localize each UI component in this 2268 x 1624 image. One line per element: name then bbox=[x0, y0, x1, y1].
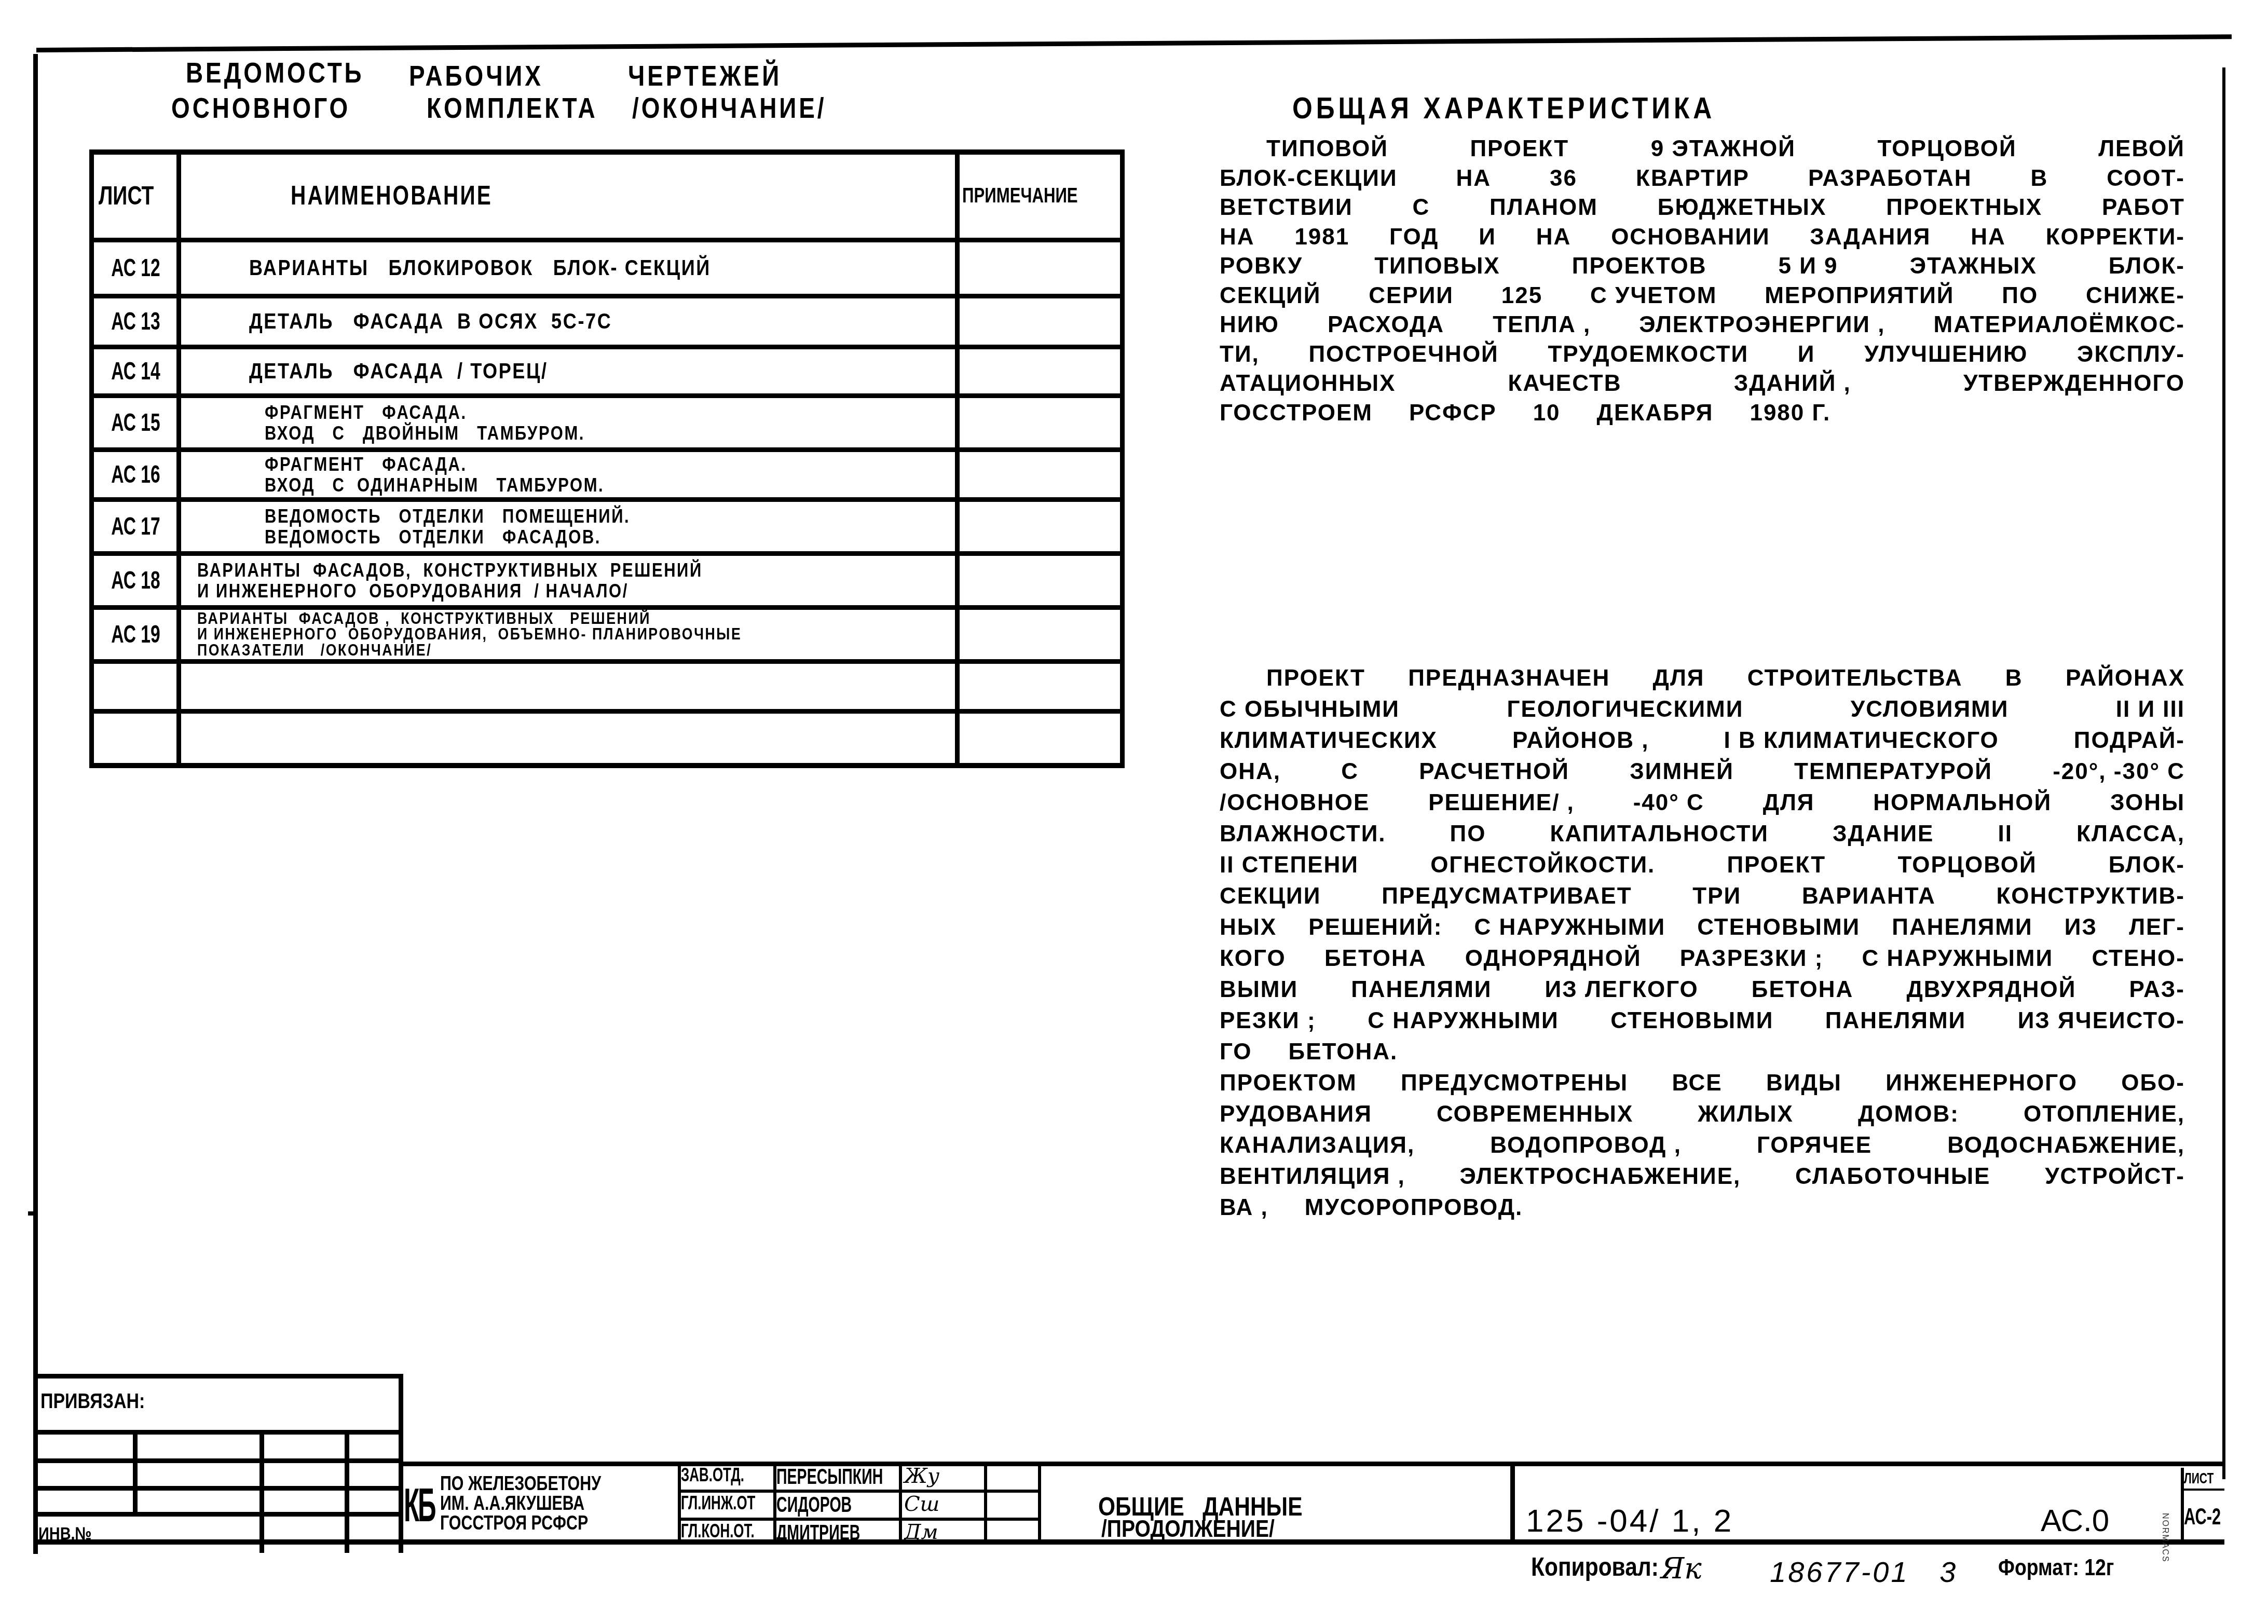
table-hline bbox=[89, 345, 1125, 349]
staff-name: Сидоров bbox=[776, 1494, 852, 1516]
staff-role: Гл.кон.от. bbox=[681, 1522, 755, 1540]
word: вентиляция , bbox=[1220, 1164, 1405, 1190]
table-hline bbox=[89, 294, 1125, 298]
table-row: АС 17Ведомость отделки помещений. Ведомо… bbox=[89, 502, 1120, 551]
row-name: Варианты фасадов , конструктивных решени… bbox=[197, 610, 955, 659]
paragraph-line: ти,построечнойтрудоемкостииулучшениюэксп… bbox=[1220, 342, 2185, 367]
sheet-label: Лист bbox=[2184, 1470, 2214, 1487]
word: с наружными bbox=[1862, 946, 2054, 972]
attached-label: Привязан: bbox=[40, 1391, 145, 1412]
word: электроснабжение, bbox=[1460, 1164, 1741, 1190]
word: бетона bbox=[1324, 946, 1427, 972]
word: разрезки ; bbox=[1680, 946, 1823, 972]
title-line2-word1: основного bbox=[171, 93, 350, 122]
word: го bbox=[1220, 1039, 1252, 1065]
project-code: 125 -04/ 1, 2 bbox=[1526, 1503, 1733, 1539]
word: лег- bbox=[2129, 915, 2185, 940]
word: водопровод , bbox=[1490, 1132, 1682, 1158]
paragraph-line: канализация,водопровод ,горячееводоснабж… bbox=[1220, 1132, 2185, 1158]
word: расхода bbox=[1328, 312, 1444, 338]
tb-main-top bbox=[399, 1462, 2224, 1466]
table-row: АС 12Варианты блокировок блок- секций bbox=[89, 242, 1120, 294]
word: /основное bbox=[1220, 790, 1370, 816]
word: эксплу- bbox=[2077, 342, 2185, 367]
paragraph-line: ниюрасходатепла ,электроэнергии ,материа… bbox=[1220, 312, 2185, 338]
word: три bbox=[1692, 883, 1741, 909]
row-note bbox=[962, 398, 1120, 447]
word: районов , bbox=[1512, 728, 1649, 754]
word: планом bbox=[1490, 195, 1598, 221]
word: климатических bbox=[1220, 728, 1438, 754]
paragraph-line: климатическихрайонов ,I в климатического… bbox=[1220, 728, 2185, 754]
table-hline bbox=[89, 763, 1125, 768]
word: зимней bbox=[1630, 759, 1734, 785]
word: на bbox=[1971, 224, 2006, 250]
word: горячее bbox=[1757, 1132, 1872, 1158]
word: бетона bbox=[1752, 977, 1854, 1003]
word: районах bbox=[2066, 665, 2185, 691]
word: кого bbox=[1220, 946, 1286, 972]
word: левой bbox=[2098, 136, 2185, 162]
org-line2: им. А.А.Якушева bbox=[440, 1494, 584, 1513]
word: Проектом bbox=[1220, 1070, 1357, 1096]
word: 1981 bbox=[1294, 224, 1349, 250]
staff-signature: Сш bbox=[904, 1494, 940, 1514]
word: II и III bbox=[2116, 697, 2185, 722]
org-line1: по железобетону bbox=[440, 1474, 601, 1494]
table-hline bbox=[89, 393, 1125, 398]
word: 9 этажной bbox=[1651, 136, 1796, 162]
table-hline bbox=[89, 551, 1125, 556]
word: соот- bbox=[2107, 166, 2185, 192]
word: предназначен bbox=[1408, 665, 1610, 691]
word: в bbox=[2030, 166, 2048, 192]
frame-top bbox=[36, 34, 2232, 52]
word: декабря bbox=[1597, 400, 1714, 426]
word: По bbox=[1450, 821, 1486, 847]
org-logo: КБ bbox=[404, 1482, 434, 1529]
tb-staff-v4 bbox=[1038, 1462, 1041, 1542]
title-line2-word2: комплекта bbox=[427, 93, 598, 122]
word: раз- bbox=[2129, 977, 2184, 1003]
word: I в климатического bbox=[1724, 728, 1999, 754]
row-name: Фрагмент фасада. вход с двойным тамбуром… bbox=[265, 398, 955, 447]
word: 36 bbox=[1550, 166, 1577, 192]
format-label: Формат: 12г bbox=[1998, 1555, 2114, 1581]
header-note: Примечание bbox=[962, 154, 1120, 238]
word: типовых bbox=[1374, 253, 1500, 279]
word: предусмотрены bbox=[1401, 1070, 1628, 1096]
word: ти, bbox=[1220, 342, 1260, 367]
general-title: Общая характеристика bbox=[1292, 93, 1715, 124]
word: отопление, bbox=[2024, 1101, 2185, 1127]
word: мероприятий bbox=[1765, 283, 1954, 309]
paragraph-line: с обычнымигеологическимиусловиямиII и II… bbox=[1220, 697, 2185, 722]
word: виды bbox=[1766, 1070, 1842, 1096]
word: секции bbox=[1220, 883, 1321, 909]
header-name: Наименование bbox=[291, 154, 758, 238]
word: строительства bbox=[1747, 665, 1963, 691]
word: ровку bbox=[1220, 253, 1303, 279]
staff-name: Пересыпкин bbox=[776, 1466, 883, 1487]
table-row bbox=[89, 714, 1120, 763]
word: материалоёмкос- bbox=[1934, 312, 2185, 338]
row-note bbox=[962, 298, 1120, 345]
table-hline bbox=[89, 447, 1125, 452]
word: блок- bbox=[2109, 852, 2185, 878]
word: этажных bbox=[1910, 253, 2037, 279]
paragraph-line: ровкутиповыхпроектов5 и 9этажныхблок- bbox=[1220, 253, 2185, 279]
order-number: 18677-01 3 bbox=[1770, 1555, 1958, 1589]
paragraph-line: Типовойпроект9 этажнойторцовойлевой bbox=[1266, 136, 2185, 162]
row-note bbox=[962, 452, 1120, 497]
stage-code: АС.0 bbox=[2041, 1503, 2109, 1538]
row-note bbox=[962, 714, 1120, 763]
word: стеновыми bbox=[1697, 915, 1860, 940]
word: ва , bbox=[1220, 1195, 1268, 1221]
row-note bbox=[962, 664, 1120, 709]
word: блок- bbox=[2109, 253, 2185, 279]
table-row: АС 15Фрагмент фасада. вход с двойным там… bbox=[89, 398, 1120, 447]
header-note-label: Примечание bbox=[962, 185, 1078, 206]
paragraph-line: атационныхкачествзданий ,утвержденного bbox=[1220, 371, 2185, 397]
word: проектов bbox=[1572, 253, 1707, 279]
tb-grid-v2 bbox=[259, 1430, 264, 1553]
staff-signature: Жу bbox=[904, 1466, 939, 1486]
staff-role: Зав.отд. bbox=[681, 1466, 744, 1484]
word: решений: bbox=[1308, 915, 1442, 940]
table-row: АС 18Варианты фасадов, конструктивных ре… bbox=[89, 556, 1120, 605]
word: с учетом bbox=[1590, 283, 1717, 309]
word: стено- bbox=[2092, 946, 2185, 972]
header-name-label: Наименование bbox=[291, 182, 493, 209]
row-name bbox=[249, 664, 955, 709]
word: торцовой bbox=[1877, 136, 2016, 162]
word: II bbox=[1998, 821, 2013, 847]
word: работ bbox=[2102, 195, 2185, 221]
word: устройст- bbox=[2045, 1164, 2185, 1190]
word: бюджетных bbox=[1658, 195, 1826, 221]
word: корректи- bbox=[2046, 224, 2185, 250]
word: качеств bbox=[1508, 371, 1622, 397]
word: тепла , bbox=[1493, 312, 1591, 338]
table-row: АС 19Варианты фасадов , конструктивных р… bbox=[89, 610, 1120, 659]
word: стеновыми bbox=[1610, 1008, 1773, 1034]
normacs-watermark: NORMACS bbox=[2160, 1513, 2169, 1563]
tb-grid-v1 bbox=[133, 1430, 138, 1513]
table-row bbox=[89, 664, 1120, 709]
org-line3: Госстроя РСФСР bbox=[440, 1513, 588, 1533]
word: нормальной bbox=[1873, 790, 2052, 816]
word: канализация, bbox=[1220, 1132, 1415, 1158]
word: год bbox=[1389, 224, 1439, 250]
header-sheet-label: Лист bbox=[99, 183, 154, 209]
table-row: АС 16Фрагмент фасада. вход с одинарным т… bbox=[89, 452, 1120, 497]
word: серии bbox=[1369, 283, 1454, 309]
staff-signature: Дм bbox=[904, 1522, 938, 1543]
paragraph-line: резки ;с наружнымистеновымипанелямииз яч… bbox=[1220, 1008, 2185, 1034]
sheet-title-line2: /продолжение/ bbox=[1101, 1517, 1275, 1540]
table-hline bbox=[89, 709, 1125, 714]
word: для bbox=[1653, 665, 1705, 691]
word: основании bbox=[1611, 224, 1770, 250]
word: панелями bbox=[1892, 915, 2032, 940]
table-row: АС 14Деталь фасада / торец/ bbox=[89, 349, 1120, 393]
row-sheet: АС 19 bbox=[94, 610, 176, 659]
word: условиями bbox=[1851, 697, 2009, 722]
word: и bbox=[1798, 342, 1815, 367]
word: Госстроем bbox=[1220, 400, 1373, 426]
paragraph-line: рудованиясовременныхжилыхдомов:отопление… bbox=[1220, 1101, 2185, 1127]
word: с наружными bbox=[1368, 1008, 1559, 1034]
row-note bbox=[962, 556, 1120, 605]
word: решение/ , bbox=[1428, 790, 1575, 816]
word: рудования bbox=[1220, 1101, 1372, 1127]
row-sheet: АС 14 bbox=[94, 349, 176, 393]
row-note bbox=[962, 242, 1120, 294]
word: капитальности bbox=[1550, 821, 1769, 847]
word: утвержденного bbox=[1963, 371, 2185, 397]
word: с наружными bbox=[1474, 915, 1665, 940]
paragraph-line: ныхрешений:с наружнымистеновымипанелямии… bbox=[1220, 915, 2185, 940]
word: она, bbox=[1220, 759, 1281, 785]
word: бетона. bbox=[1289, 1039, 1398, 1065]
table-hline bbox=[89, 659, 1125, 664]
paragraph-line: когобетонаодноряднойразрезки ;с наружным… bbox=[1220, 946, 2185, 972]
word: влажности. bbox=[1220, 821, 1386, 847]
word: подрай- bbox=[2074, 728, 2185, 754]
word: инженерного bbox=[1886, 1070, 2078, 1096]
word: по bbox=[2002, 283, 2038, 309]
tb-grid-v3 bbox=[345, 1430, 349, 1553]
word: однорядной bbox=[1465, 946, 1642, 972]
word: зоны bbox=[2110, 790, 2185, 816]
frame-right bbox=[2222, 67, 2225, 1479]
word: электроэнергии , bbox=[1639, 312, 1885, 338]
row-name bbox=[249, 714, 955, 763]
word: 5 и 9 bbox=[1779, 253, 1838, 279]
row-name: Деталь фасада в осях 5с-7с bbox=[249, 298, 955, 345]
paragraph-line: вентиляция ,электроснабжение,слаботочные… bbox=[1220, 1164, 2185, 1190]
paragraph-line: на1981годинаоснованиизаданиянакорректи- bbox=[1220, 224, 2185, 250]
word: на bbox=[1456, 166, 1492, 192]
table-row: АС 13Деталь фасада в осях 5с-7с bbox=[89, 298, 1120, 345]
word: секций bbox=[1220, 283, 1321, 309]
word: резки ; bbox=[1220, 1008, 1316, 1034]
paragraph-line: ветствииспланомбюджетныхпроектныхработ bbox=[1220, 195, 2185, 221]
row-name: Ведомость отделки помещений. Ведомость о… bbox=[265, 502, 955, 551]
word: II степени bbox=[1220, 852, 1359, 878]
word: панелями bbox=[1351, 977, 1492, 1003]
word: из bbox=[2065, 915, 2097, 940]
row-name: Варианты блокировок блок- секций bbox=[249, 242, 955, 294]
word: ных bbox=[1220, 915, 1277, 940]
row-sheet: АС 13 bbox=[94, 298, 176, 345]
paragraph-line: Проектомпредусмотренывсевидыинженерногоо… bbox=[1220, 1070, 2185, 1096]
paragraph-line: влажности.ПокапитальностизданиеIIкласса, bbox=[1220, 821, 2185, 847]
title-line1-word2: рабочих bbox=[409, 61, 543, 90]
word: задания bbox=[1810, 224, 1931, 250]
paragraph-line: Проектпредназначендлястроительстваврайон… bbox=[1266, 665, 2185, 691]
word: блок-секции bbox=[1220, 166, 1398, 192]
word: сниже- bbox=[2086, 283, 2185, 309]
word: в bbox=[2005, 665, 2023, 691]
row-sheet: АС 15 bbox=[94, 398, 176, 447]
paragraph-line: ва ,мусоропровод. bbox=[1220, 1195, 2185, 1221]
title-line1-word3: чертежей bbox=[628, 61, 782, 90]
word: класса, bbox=[2076, 821, 2185, 847]
table-vline bbox=[1120, 149, 1125, 768]
word: с bbox=[1412, 195, 1430, 221]
tb-code-left bbox=[1510, 1462, 1515, 1542]
word: Проект bbox=[1727, 852, 1826, 878]
word: для bbox=[1763, 790, 1815, 816]
row-sheet: АС 17 bbox=[94, 502, 176, 551]
table-hline bbox=[89, 497, 1125, 502]
word: 1980 г. bbox=[1750, 400, 1830, 426]
row-sheet: АС 12 bbox=[94, 242, 176, 294]
word: атационных bbox=[1220, 371, 1396, 397]
row-name: Фрагмент фасада. вход с одинарным тамбур… bbox=[265, 452, 955, 497]
word: построечной bbox=[1308, 342, 1498, 367]
paragraph-line: II степениогнестойкости.Проектторцовойбл… bbox=[1220, 852, 2185, 878]
row-name: Деталь фасада / торец/ bbox=[249, 349, 955, 393]
copied-signature: Як bbox=[1661, 1552, 1702, 1586]
tb-sheet-divider bbox=[2181, 1489, 2224, 1491]
word: РСФСР bbox=[1409, 400, 1497, 426]
frame-left bbox=[33, 54, 38, 1554]
word: обо- bbox=[2121, 1070, 2185, 1096]
tb-staff-v2 bbox=[899, 1462, 902, 1542]
word: с bbox=[1341, 759, 1359, 785]
paragraph-line: блок-секциина36квартирразработанвсоот- bbox=[1220, 166, 2185, 192]
paragraph-line: гобетона. bbox=[1220, 1039, 2185, 1065]
tb-attached-top bbox=[35, 1374, 402, 1379]
word: зданий , bbox=[1734, 371, 1851, 397]
word: конструктив- bbox=[1997, 883, 2185, 909]
word: современных bbox=[1437, 1101, 1633, 1127]
word: трудоемкости bbox=[1548, 342, 1748, 367]
paragraph-line: /основноерешение/ ,-40° Сдлянормальнойзо… bbox=[1220, 790, 2185, 816]
word: слаботочные bbox=[1795, 1164, 1990, 1190]
word: здание bbox=[1833, 821, 1934, 847]
word: 125 bbox=[1501, 283, 1542, 309]
word: температурой bbox=[1794, 759, 1992, 785]
sheet-number: АС-2 bbox=[2184, 1504, 2221, 1530]
word: на bbox=[1536, 224, 1572, 250]
row-sheet: АС 18 bbox=[94, 556, 176, 605]
word: огнестойкости. bbox=[1430, 852, 1655, 878]
paragraph-line: она,срасчетнойзимнейтемпературой-20°, -3… bbox=[1220, 759, 2185, 785]
row-name: Варианты фасадов, конструктивных решений… bbox=[197, 556, 955, 605]
word: геологическими bbox=[1507, 697, 1743, 722]
row-sheet bbox=[94, 714, 176, 763]
word: нию bbox=[1220, 312, 1279, 338]
word: все bbox=[1672, 1070, 1722, 1096]
word: предусматривает bbox=[1382, 883, 1632, 909]
word: проектных bbox=[1886, 195, 2042, 221]
word: -40° С bbox=[1633, 790, 1704, 816]
word: Типовой bbox=[1266, 136, 1388, 162]
word: мусоропровод. bbox=[1305, 1195, 1523, 1221]
word: проект bbox=[1470, 136, 1569, 162]
row-sheet bbox=[94, 664, 176, 709]
paragraph-line: секцийсерии125с учетоммероприятийпосниже… bbox=[1220, 283, 2185, 309]
word: 10 bbox=[1533, 400, 1561, 426]
word: варианта bbox=[1802, 883, 1936, 909]
word: выми bbox=[1220, 977, 1298, 1003]
word: расчетной bbox=[1419, 759, 1569, 785]
word: и bbox=[1479, 224, 1496, 250]
copied-label: Копировал: bbox=[1531, 1552, 1659, 1582]
word: квартир bbox=[1636, 166, 1750, 192]
word: домов: bbox=[1858, 1101, 1959, 1127]
word: на bbox=[1220, 224, 1255, 250]
header-sheet: Лист bbox=[99, 154, 176, 238]
frame-tick bbox=[28, 1211, 36, 1216]
word: жилых bbox=[1698, 1101, 1794, 1127]
word: двухрядной bbox=[1906, 977, 2076, 1003]
word: Проект bbox=[1266, 665, 1365, 691]
word: -20°, -30° С bbox=[2053, 759, 2185, 785]
word: из ячеисто- bbox=[2018, 1008, 2185, 1034]
staff-name: Дмитриев bbox=[776, 1522, 860, 1544]
word: торцовой bbox=[1897, 852, 2037, 878]
table-hline bbox=[89, 238, 1125, 242]
row-note bbox=[962, 610, 1120, 659]
paragraph-line: секциипредусматриваеттривариантаконструк… bbox=[1220, 883, 2185, 909]
word: панелями bbox=[1825, 1008, 1966, 1034]
word: ветствии bbox=[1220, 195, 1353, 221]
row-note bbox=[962, 349, 1120, 393]
word: из легкого bbox=[1545, 977, 1699, 1003]
row-sheet: АС 16 bbox=[94, 452, 176, 497]
staff-role: Гл.инж.от bbox=[681, 1494, 755, 1512]
word: водоснабжение, bbox=[1947, 1132, 2185, 1158]
row-note bbox=[962, 502, 1120, 551]
tb-staff-v3 bbox=[984, 1462, 987, 1542]
title-line1-word1: Ведомость bbox=[186, 58, 364, 87]
word: улучшению bbox=[1864, 342, 2028, 367]
word: с обычными bbox=[1220, 697, 1400, 722]
paragraph-line: вымипанелямииз легкогобетонадвухряднойра… bbox=[1220, 977, 2185, 1003]
paragraph-line: ГосстроемРСФСР10декабря1980 г. bbox=[1220, 400, 2185, 426]
word: разработан bbox=[1808, 166, 1972, 192]
title-line2-word3: /окончание/ bbox=[632, 93, 826, 122]
